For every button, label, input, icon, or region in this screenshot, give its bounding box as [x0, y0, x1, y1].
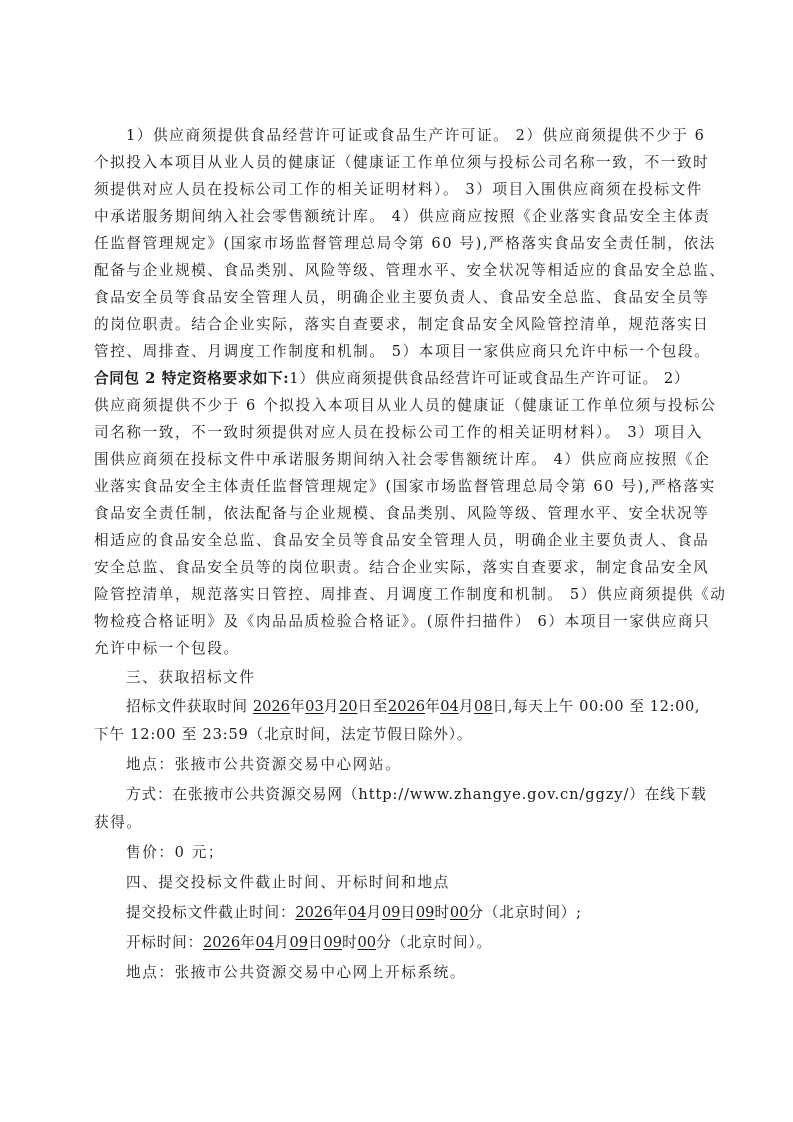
- package2-first-line: 合同包 2 特定资格要求如下:1）供应商须提供食品经营许可证或食品生产许可证。 …: [94, 369, 700, 389]
- deadline-label: 提交投标文件截止时间：: [126, 904, 295, 921]
- acquisition-method-line-1: 方式：在张掖市公共资源交易网（http://www.zhangye.gov.cn…: [126, 785, 700, 805]
- deadline-hour: 09: [416, 904, 435, 921]
- package2-line-4: 围供应商须在投标文件中承诺服务期间纳入社会零售额统计库。 4）供应商应按照《企: [94, 450, 700, 470]
- end-day: 08: [474, 698, 493, 715]
- document-price: 售价：0 元；: [126, 843, 700, 863]
- package2-line-10: 物检疫合格证明》及《肉品品质检验合格证》。(原件扫描件） 6）本项目一家供应商只: [94, 612, 700, 632]
- package2-line-7: 相适应的食品安全总监、食品安全员等食品安全管理人员，明确企业主要负责人、食品: [94, 531, 700, 551]
- package2-line-3: 司名称一致，不一致时须提供对应人员在投标公司工作的相关证明材料）。 3）项目入: [94, 423, 700, 443]
- start-month: 03: [305, 698, 324, 715]
- deadline-line: 提交投标文件截止时间：2026年04月09日09时00分（北京时间）;: [126, 903, 700, 923]
- opening-location: 地点：张掖市公共资源交易中心网上开标系统。: [126, 963, 700, 983]
- acquisition-time-line: 招标文件获取时间 2026年03月20日至2026年04月08日,每天上午 00…: [126, 697, 700, 717]
- start-day: 20: [339, 698, 358, 715]
- package2-line-5: 业落实食品安全主体责任监督管理规定》(国家市场监督管理总局令第 60 号),严格…: [94, 477, 700, 497]
- deadline-day: 09: [382, 904, 401, 921]
- package1-line-6: 配备与企业规模、食品类别、风险等级、管理水平、安全状况等相适应的食品安全总监、: [94, 261, 700, 281]
- unit-month: 月: [366, 904, 381, 921]
- opening-minute: 00: [357, 934, 376, 951]
- end-month: 04: [440, 698, 459, 715]
- section3-heading: 三、获取招标文件: [126, 668, 700, 688]
- package2-line-11: 允许中标一个包段。: [94, 639, 700, 659]
- unit-day: 日: [308, 934, 323, 951]
- acquisition-location: 地点：张掖市公共资源交易中心网站。: [126, 755, 700, 775]
- unit-month: 月: [459, 698, 474, 715]
- deadline-month: 04: [348, 904, 367, 921]
- unit-hour: 时: [342, 934, 357, 951]
- acquisition-time-line-2: 下午 12:00 至 23:59（北京时间，法定节假日除外）。: [94, 725, 700, 745]
- package2-line-9: 险管控清单，规范落实日管控、周排查、月调度工作制度和机制。 5）供应商须提供《动: [94, 585, 700, 605]
- package2-line-6: 食品安全责任制，依法配备与企业规模、食品类别、风险等级、管理水平、安全状况等: [94, 504, 700, 524]
- opening-line: 开标时间：2026年04月09日09时00分（北京时间）。: [126, 933, 700, 953]
- opening-month: 04: [256, 934, 275, 951]
- document-page: 1）供应商须提供食品经营许可证或食品生产许可证。 2）供应商须提供不少于 6 个…: [0, 0, 793, 1122]
- unit-year: 年: [240, 934, 255, 951]
- unit-year: 年: [290, 698, 305, 715]
- unit-year: 年: [332, 904, 347, 921]
- unit-to: 至: [373, 698, 388, 715]
- package1-line-1: 1）供应商须提供食品经营许可证或食品生产许可证。 2）供应商须提供不少于 6: [126, 126, 700, 146]
- unit-month: 月: [274, 934, 289, 951]
- opening-year: 2026: [203, 934, 240, 951]
- acquisition-method-line-2: 获得。: [94, 813, 700, 833]
- package1-line-8: 的岗位职责。结合企业实际，落实自查要求，制定食品安全风险管控清单，规范落实日: [94, 315, 700, 335]
- unit-year: 年: [425, 698, 440, 715]
- package1-line-4: 中承诺服务期间纳入社会零售额统计库。 4）供应商应按照《企业落实食品安全主体责: [94, 207, 700, 227]
- acquisition-time-label: 招标文件获取时间: [126, 698, 248, 715]
- package2-first-line-text: 1）供应商须提供食品经营许可证或食品生产许可证。 2）: [289, 370, 689, 387]
- package1-line-2: 个拟投入本项目从业人员的健康证（健康证工作单位须与投标公司名称一致，不一致时: [94, 153, 700, 173]
- package1-line-5: 任监督管理规定》(国家市场监督管理总局令第 60 号),严格落实食品安全责任制，…: [94, 234, 700, 254]
- daily-hours-text: 日,每天上午 00:00 至 12:00,: [493, 698, 700, 715]
- package1-line-3: 须提供对应人员在投标公司工作的相关证明材料）。 3）项目入围供应商须在投标文件: [94, 180, 700, 200]
- unit-day: 日: [400, 904, 415, 921]
- section4-heading: 四、提交投标文件截止时间、开标时间和地点: [126, 873, 700, 893]
- deadline-minute: 00: [450, 904, 469, 921]
- end-year: 2026: [388, 698, 425, 715]
- start-year: 2026: [253, 698, 290, 715]
- unit-hour: 时: [434, 904, 449, 921]
- unit-month: 月: [324, 698, 339, 715]
- opening-hour: 09: [324, 934, 343, 951]
- unit-day: 日: [358, 698, 373, 715]
- package1-line-7: 食品安全员等食品安全管理人员，明确企业主要负责人、食品安全总监、食品安全员等: [94, 288, 700, 308]
- package2-heading: 合同包 2 特定资格要求如下:: [94, 370, 289, 387]
- package1-line-9: 管控、周排查、月调度工作制度和机制。 5）本项目一家供应商只允许中标一个包段。: [94, 342, 700, 362]
- opening-day: 09: [290, 934, 309, 951]
- deadline-year: 2026: [295, 904, 332, 921]
- opening-suffix: 分（北京时间）。: [376, 934, 492, 951]
- opening-label: 开标时间：: [126, 934, 203, 951]
- package2-line-8: 安全总监、食品安全员等的岗位职责。结合企业实际，落实自查要求，制定食品安全风: [94, 558, 700, 578]
- deadline-suffix: 分（北京时间）;: [468, 904, 581, 921]
- package2-line-2: 供应商须提供不少于 6 个拟投入本项目从业人员的健康证（健康证工作单位须与投标公: [94, 396, 700, 416]
